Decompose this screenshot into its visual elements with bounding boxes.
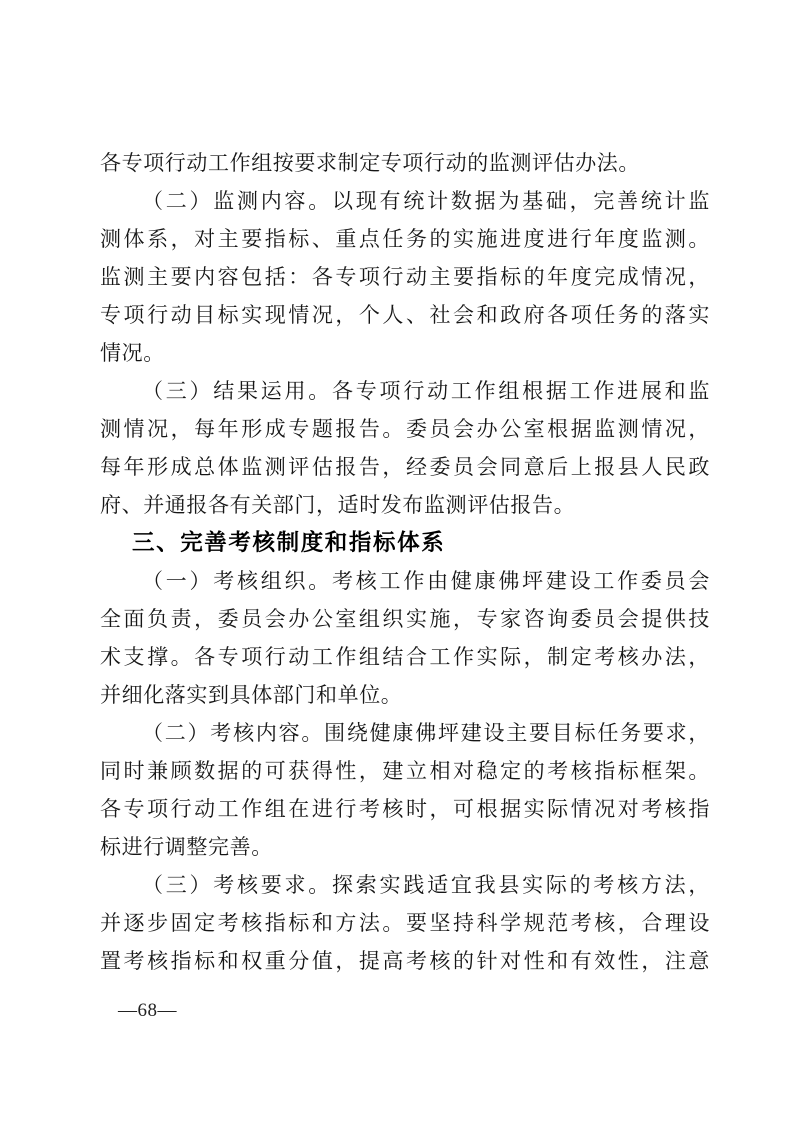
body-line: 并细化落实到具体部门和单位。 bbox=[100, 676, 710, 714]
body-line: 并逐步固定考核指标和方法。要坚持科学规范考核，合理设 bbox=[100, 904, 710, 942]
body-line: （一）考核组织。考核工作由健康佛坪建设工作委员会 bbox=[100, 562, 710, 600]
body-line: （三）考核要求。探索实践适宜我县实际的考核方法， bbox=[100, 866, 710, 904]
section-heading: 三、完善考核制度和指标体系 bbox=[100, 524, 710, 562]
body-line: 同时兼顾数据的可获得性，建立相对稳定的考核指标框架。 bbox=[100, 752, 710, 790]
body-line: 术支撑。各专项行动工作组结合工作实际，制定考核办法， bbox=[100, 638, 710, 676]
body-line: （二）考核内容。围绕健康佛坪建设主要目标任务要求， bbox=[100, 714, 710, 752]
document-body: 各专项行动工作组按要求制定专项行动的监测评估办法。 （二）监测内容。以现有统计数… bbox=[100, 144, 710, 980]
document-page: 各专项行动工作组按要求制定专项行动的监测评估办法。 （二）监测内容。以现有统计数… bbox=[0, 0, 793, 1122]
body-line: 各专项行动工作组按要求制定专项行动的监测评估办法。 bbox=[100, 144, 710, 182]
body-line: 府、并通报各有关部门，适时发布监测评估报告。 bbox=[100, 486, 710, 524]
body-line: 置考核指标和权重分值，提高考核的针对性和有效性，注意 bbox=[100, 942, 710, 980]
body-line: 标进行调整完善。 bbox=[100, 828, 710, 866]
page-number: —68— bbox=[118, 1000, 177, 1022]
body-line: （二）监测内容。以现有统计数据为基础，完善统计监 bbox=[100, 182, 710, 220]
body-line: 各专项行动工作组在进行考核时，可根据实际情况对考核指 bbox=[100, 790, 710, 828]
body-line: 每年形成总体监测评估报告，经委员会同意后上报县人民政 bbox=[100, 448, 710, 486]
body-line: 测情况，每年形成专题报告。委员会办公室根据监测情况， bbox=[100, 410, 710, 448]
body-line: 专项行动目标实现情况，个人、社会和政府各项任务的落实 bbox=[100, 296, 710, 334]
body-line: 全面负责，委员会办公室组织实施，专家咨询委员会提供技 bbox=[100, 600, 710, 638]
body-line: 监测主要内容包括：各专项行动主要指标的年度完成情况， bbox=[100, 258, 710, 296]
body-line: （三）结果运用。各专项行动工作组根据工作进展和监 bbox=[100, 372, 710, 410]
body-line: 测体系，对主要指标、重点任务的实施进度进行年度监测。 bbox=[100, 220, 710, 258]
body-line: 情况。 bbox=[100, 334, 710, 372]
